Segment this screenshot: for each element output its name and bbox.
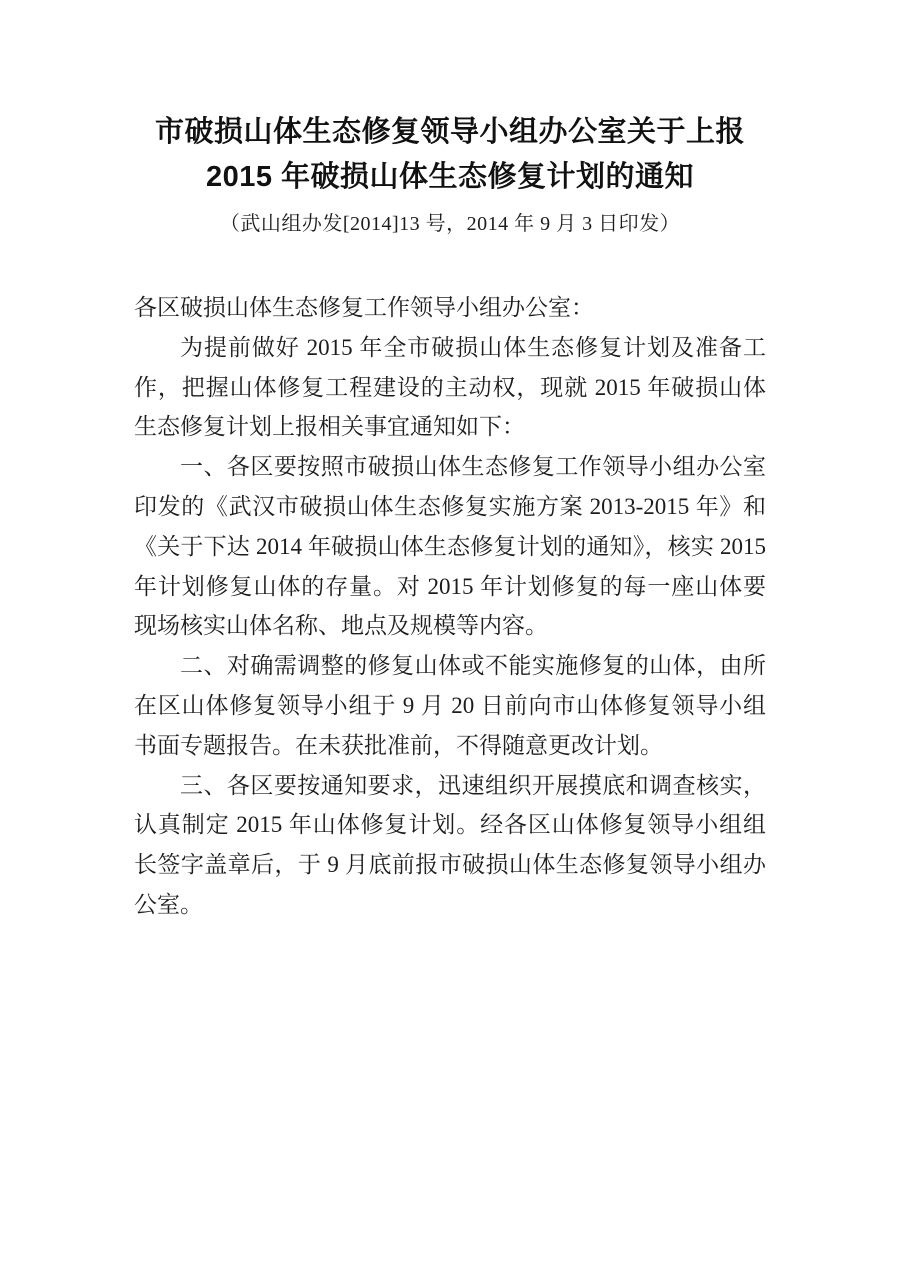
document-page: 市破损山体生态修复领导小组办公室关于上报 2015 年破损山体生态修复计划的通知… [0, 0, 900, 1272]
salutation-line: 各区破损山体生态修复工作领导小组办公室： [134, 288, 766, 328]
body-paragraph-intro: 为提前做好 2015 年全市破损山体生态修复计划及准备工作，把握山体修复工程建设… [134, 328, 766, 447]
body-paragraph-item-3: 三、各区要按通知要求，迅速组织开展摸底和调查核实，认真制定 2015 年山体修复… [134, 766, 766, 925]
body-paragraph-item-2: 二、对确需调整的修复山体或不能实施修复的山体，由所在区山体修复领导小组于 9 月… [134, 646, 766, 765]
document-title-line-1: 市破损山体生态修复领导小组办公室关于上报 [0, 110, 900, 155]
document-reference-line: （武山组办发[2014]13 号，2014 年 9 月 3 日印发） [0, 210, 900, 238]
body-paragraph-item-1: 一、各区要按照市破损山体生态修复工作领导小组办公室印发的《武汉市破损山体生态修复… [134, 447, 766, 646]
document-body: 各区破损山体生态修复工作领导小组办公室： 为提前做好 2015 年全市破损山体生… [134, 288, 766, 925]
document-title-line-2: 2015 年破损山体生态修复计划的通知 [0, 155, 900, 200]
document-header: 市破损山体生态修复领导小组办公室关于上报 2015 年破损山体生态修复计划的通知… [0, 0, 900, 238]
document-title: 市破损山体生态修复领导小组办公室关于上报 2015 年破损山体生态修复计划的通知 [0, 110, 900, 200]
